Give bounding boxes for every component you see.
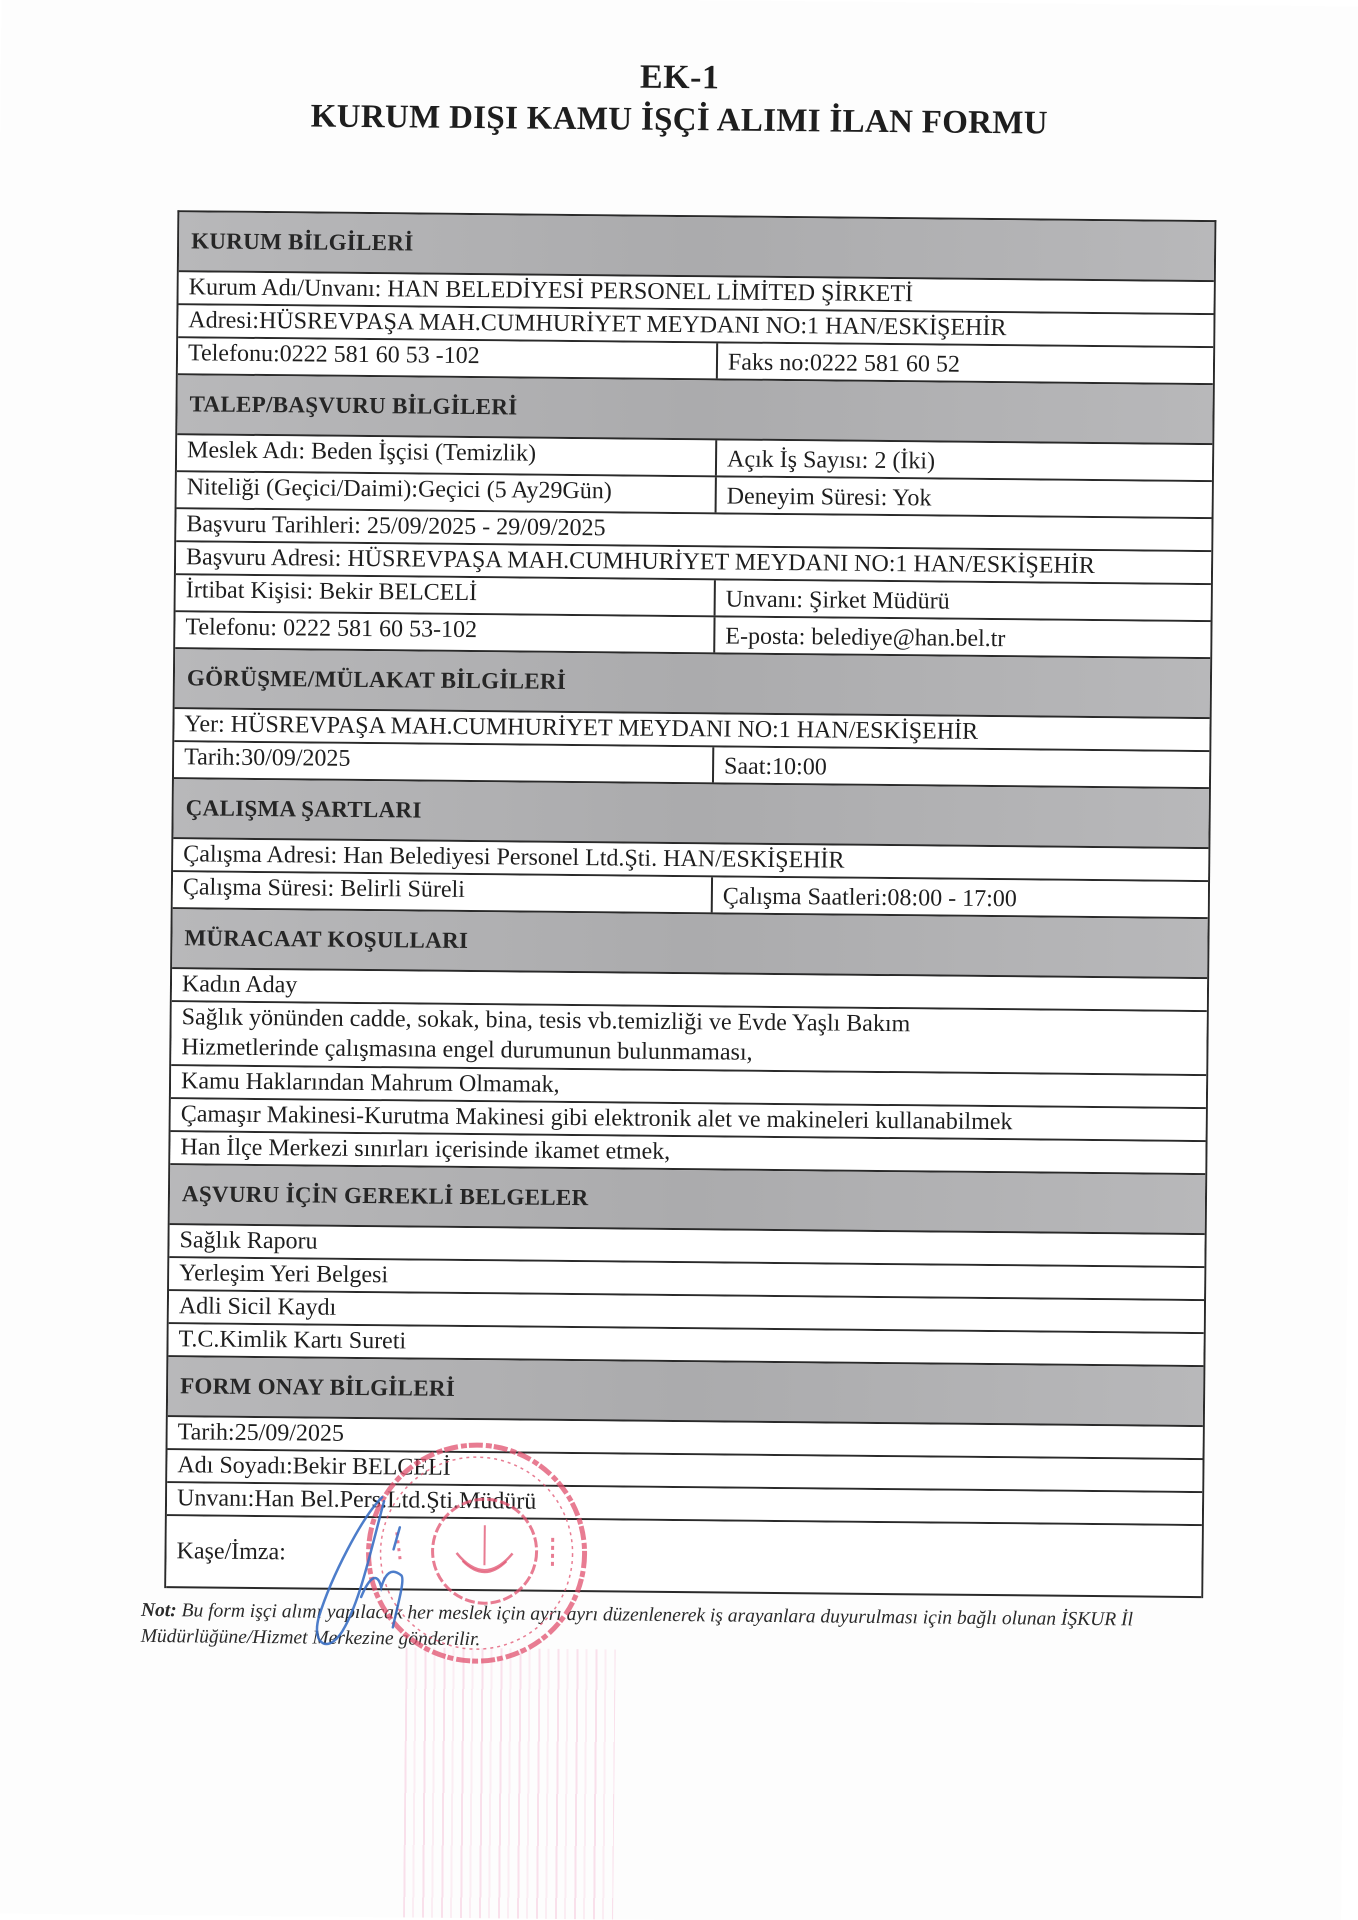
title-block: EK-1 KURUM DIŞI KAMU İŞÇİ ALIMI İLAN FOR… (0, 51, 1358, 148)
form-page: EK-1 KURUM DIŞI KAMU İŞÇİ ALIMI İLAN FOR… (0, 0, 1358, 1920)
contact-email: E-posta: belediye@han.bel.tr (715, 617, 1210, 657)
section-heading-requirements: MÜRACAAT KOŞULLARI (172, 909, 1208, 979)
contact-phone: Telefonu: 0222 581 60 53-102 (175, 612, 715, 652)
requirement-item: Sağlık yönünden cadde, sokak, bina, tesi… (171, 1002, 1207, 1076)
open-positions: Açık İş Sayısı: 2 (İki) (717, 440, 1212, 480)
work-duration: Çalışma Süresi: Belirli Süreli (173, 872, 713, 912)
note-text: Bu form işçi alımı yapılacak her meslek … (141, 1600, 1133, 1650)
experience-requirement: Deneyim Süresi: Yok (717, 477, 1212, 517)
section-heading-institution: KURUM BİLGİLERİ (179, 212, 1215, 282)
section-heading-working-conditions: ÇALIŞMA ŞARTLARI (173, 779, 1209, 849)
interview-date: Tarih:30/09/2025 (174, 742, 714, 782)
form-row: Kaşe/İmza: (166, 1516, 1202, 1598)
section-heading-interview: GÖRÜŞME/MÜLAKAT BİLGİLERİ (175, 649, 1211, 719)
contact-person: İrtibat Kişisi: Bekir BELCELİ (176, 575, 716, 615)
requirement-text: Sağlık yönünden cadde, sokak, bina, tesi… (171, 1002, 1207, 1074)
job-posting-form: KURUM BİLGİLERİ Kurum Adı/Unvanı: HAN BE… (164, 210, 1216, 1598)
position-nature: Niteliği (Geçici/Daimi):Geçici (5 Ay29Gü… (177, 472, 717, 512)
footnote: Not: Bu form işçi alımı yapılacak her me… (141, 1598, 1201, 1660)
scan-streaks (403, 1647, 616, 1919)
institution-fax: Faks no:0222 581 60 52 (718, 343, 1213, 383)
occupation: Meslek Adı: Beden İşçisi (Temizlik) (177, 435, 717, 475)
section-heading-documents: AŞVURU İÇİN GEREKLİ BELGELER (170, 1165, 1206, 1235)
section-heading-application: TALEP/BAŞVURU BİLGİLERİ (177, 375, 1213, 445)
interview-time: Saat:10:00 (714, 747, 1209, 787)
note-label: Not: (141, 1600, 177, 1621)
stamp-signature-label: Kaşe/İmza: (166, 1536, 1201, 1577)
work-hours: Çalışma Saatleri:08:00 - 17:00 (713, 877, 1208, 917)
institution-phone: Telefonu:0222 581 60 53 -102 (178, 338, 718, 378)
contact-title: Unvanı: Şirket Müdürü (716, 580, 1211, 620)
section-heading-approval: FORM ONAY BİLGİLERİ (168, 1357, 1204, 1427)
